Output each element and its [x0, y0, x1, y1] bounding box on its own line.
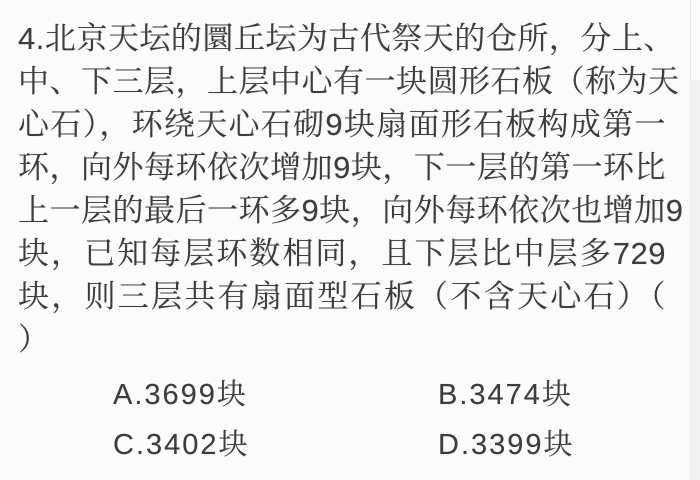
question-line: 块，则三层共有扇面型石板（不含天心石）（ — [18, 275, 666, 318]
option-b: B.3474块 — [438, 380, 666, 410]
question-line: 心石），环绕天心石砌9块扇面形石板构成第一 — [18, 103, 666, 146]
question-line: 块，已知每层环数相同，且下层比中层多729 — [18, 232, 666, 275]
scrollbar-thumb — [691, 80, 700, 480]
option-a: A.3699块 — [113, 380, 438, 410]
answer-options: A.3699块 B.3474块 C.3402块 D.3399块 — [113, 380, 666, 460]
question-line: 中、下三层，上层中心有一块圆形石板（称为天 — [18, 60, 666, 103]
option-d: D.3399块 — [438, 430, 666, 460]
question-text: 4.北京天坛的圜丘坛为古代祭天的仓所，分上、 中、下三层，上层中心有一块圆形石板… — [18, 17, 666, 361]
question-line: 4.北京天坛的圜丘坛为古代祭天的仓所，分上、 — [18, 17, 666, 60]
question-line: 环，向外每环依次增加9块，下一层的第一环比 — [18, 146, 666, 189]
question-page: 4.北京天坛的圜丘坛为古代祭天的仓所，分上、 中、下三层，上层中心有一块圆形石板… — [0, 0, 700, 480]
option-c: C.3402块 — [113, 430, 438, 460]
question-line: ） — [18, 318, 666, 361]
question-line: 上一层的最后一环多9块，向外每环依次也增加9 — [18, 189, 666, 232]
